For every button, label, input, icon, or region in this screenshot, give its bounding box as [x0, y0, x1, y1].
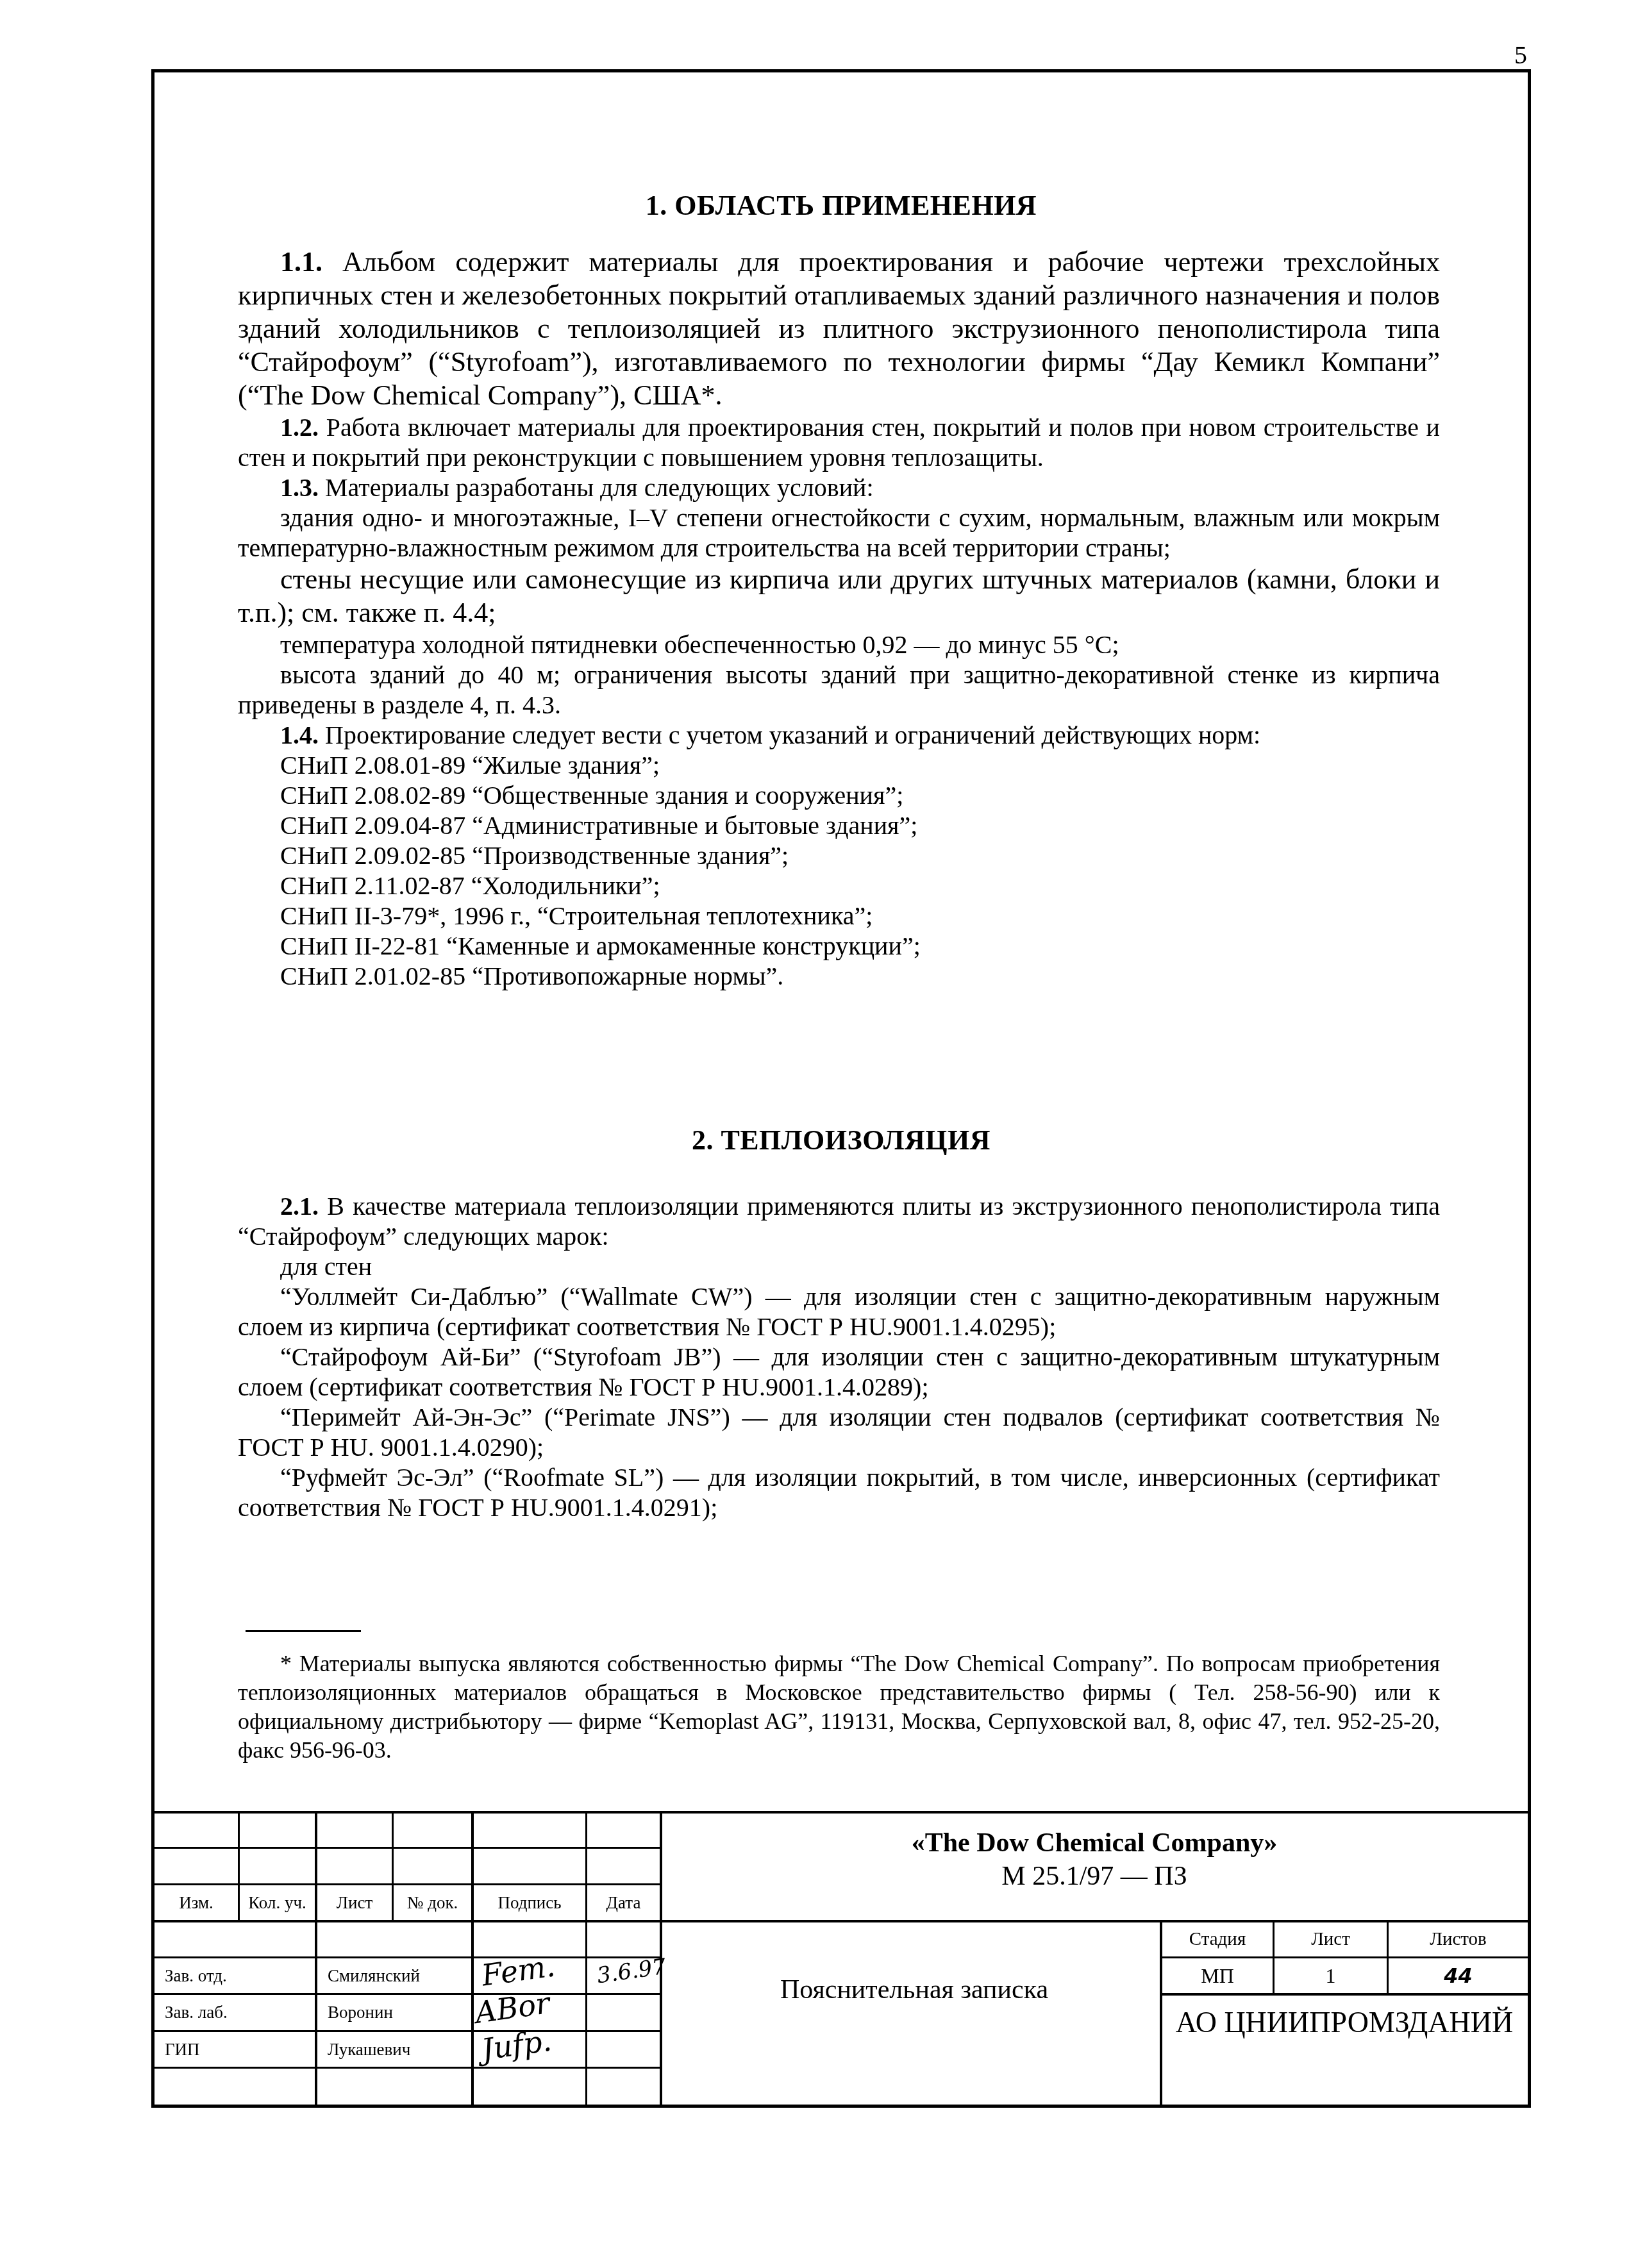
- section-2-body: 2.1. В качестве материала теплоизоляции …: [238, 1191, 1440, 1522]
- staff-role: Зав. отд.: [155, 1958, 315, 1993]
- grid-line: [585, 1811, 587, 2105]
- staff-name: Воронин: [317, 1995, 471, 2030]
- grid-line: [471, 1811, 474, 2105]
- column-header-sheet: Лист: [317, 1885, 392, 1920]
- paragraph-1-1: 1.1. Альбом содержит материалы для проек…: [238, 246, 1440, 412]
- norm-item: СНиП 2.11.02-87 “Холодильники”;: [238, 871, 1440, 901]
- footnote-rule: [246, 1630, 361, 1632]
- sheets-value: 44: [1389, 1958, 1528, 1993]
- footnote: * Материалы выпуска являются собственнос…: [238, 1649, 1440, 1765]
- brand-item: “Стайрофоум Ай-Би” (“Styrofoam JB”) — дл…: [238, 1342, 1440, 1402]
- clause-text: Альбом содержит материалы для проектиров…: [238, 246, 1440, 411]
- staff-name: Лукашевич: [317, 2032, 471, 2067]
- stage-value: МП: [1162, 1958, 1273, 1993]
- paragraph-1-3: 1.3. Материалы разработаны для следующих…: [238, 472, 1440, 503]
- clause-number: 1.3.: [280, 473, 319, 502]
- norm-item: СНиП 2.08.02-89 “Общественные здания и с…: [238, 780, 1440, 810]
- document-title: Пояснительная записка: [661, 1974, 1167, 2005]
- staff-role: ГИП: [155, 2032, 315, 2067]
- title-block: Изм. Кол. уч. Лист № док. Подпись Дата З…: [155, 1811, 1528, 2105]
- clause-text: Проектирование следует вести с учетом ук…: [325, 721, 1260, 749]
- column-header-quantity: Кол. уч.: [240, 1885, 315, 1920]
- condition-item: здания одно- и многоэтажные, I–V степени…: [238, 503, 1440, 563]
- clause-text: В качестве материала теплоизоляции приме…: [238, 1192, 1440, 1251]
- staff-role: Зав. лаб.: [155, 1995, 315, 2030]
- brand-item: “Перимейт Ай-Эн-Эс” (“Perimate JNS”) — д…: [238, 1402, 1440, 1462]
- clause-text: Материалы разработаны для следующих усло…: [325, 473, 874, 502]
- for-walls-label: для стен: [238, 1251, 1440, 1281]
- column-header-date: Дата: [587, 1885, 660, 1920]
- document-code: М 25.1/97 — ПЗ: [661, 1860, 1528, 1893]
- title-block-top-border: [155, 1811, 1528, 1814]
- clause-number: 2.1.: [280, 1192, 319, 1221]
- clause-number: 1.1.: [280, 246, 322, 278]
- sheet-label: Лист: [1274, 1922, 1387, 1956]
- clause-number: 1.4.: [280, 721, 319, 749]
- section-1-body: 1.1. Альбом содержит материалы для проек…: [238, 246, 1440, 991]
- norm-item: СНиП 2.09.04-87 “Административные и быто…: [238, 810, 1440, 840]
- condition-item: температура холодной пятидневки обеспече…: [238, 630, 1440, 660]
- brand-item: “Руфмейт Эс-Эл” (“Roofmate SL”) — для из…: [238, 1462, 1440, 1522]
- sheet-value: 1: [1274, 1958, 1387, 1993]
- company-name: «The Dow Chemical Company»: [661, 1826, 1528, 1860]
- stage-label: Стадия: [1162, 1922, 1273, 1956]
- norm-item: СНиП 2.01.02-85 “Противопожарные нормы”.: [238, 961, 1440, 991]
- drawing-frame: 1. ОБЛАСТЬ ПРИМЕНЕНИЯ 1.1. Альбом содерж…: [151, 69, 1531, 2108]
- section-2-heading: 2. ТЕПЛОИЗОЛЯЦИЯ: [155, 1124, 1528, 1156]
- brand-item: “Уоллмейт Си-Даблъю” (“Wallmate CW”) — д…: [238, 1281, 1440, 1342]
- paragraph-2-1: 2.1. В качестве материала теплоизоляции …: [238, 1191, 1440, 1251]
- norm-item: СНиП 2.09.02-85 “Производственные здания…: [238, 840, 1440, 871]
- paragraph-1-2: 1.2. Работа включает материалы для проек…: [238, 412, 1440, 472]
- sheets-label: Листов: [1389, 1922, 1528, 1956]
- section-1-heading: 1. ОБЛАСТЬ ПРИМЕНЕНИЯ: [155, 189, 1528, 222]
- column-header-change: Изм.: [155, 1885, 238, 1920]
- staff-name: Смилянский: [317, 1958, 471, 1993]
- norm-item: СНиП 2.08.01-89 “Жилые здания”;: [238, 750, 1440, 780]
- date-handwritten: 3.6.97: [596, 1954, 668, 1989]
- document-designation: «The Dow Chemical Company» М 25.1/97 — П…: [661, 1826, 1528, 1893]
- norm-item: СНиП II-3-79*, 1996 г., “Строительная те…: [238, 901, 1440, 931]
- page-number: 5: [1514, 40, 1527, 70]
- paragraph-1-4: 1.4. Проектирование следует вести с учет…: [238, 720, 1440, 750]
- norm-item: СНиП II-22-81 “Каменные и армокаменные к…: [238, 931, 1440, 961]
- clause-text: Работа включает материалы для проектиров…: [238, 413, 1440, 472]
- column-header-signature: Подпись: [474, 1885, 585, 1920]
- condition-item: стены несущие или самонесущие из кирпича…: [238, 563, 1440, 630]
- condition-item: высота зданий до 40 м; ограничения высот…: [238, 660, 1440, 720]
- column-header-doc-number: № док.: [394, 1885, 471, 1920]
- footnote-text: * Материалы выпуска являются собственнос…: [238, 1649, 1440, 1765]
- clause-number: 1.2.: [280, 413, 319, 442]
- signature-handwritten: Jufp.: [480, 2023, 554, 2067]
- grid-line: [1161, 1993, 1528, 1996]
- organization-name: АО ЦНИИПРОМЗДАНИЙ: [1161, 2005, 1528, 2039]
